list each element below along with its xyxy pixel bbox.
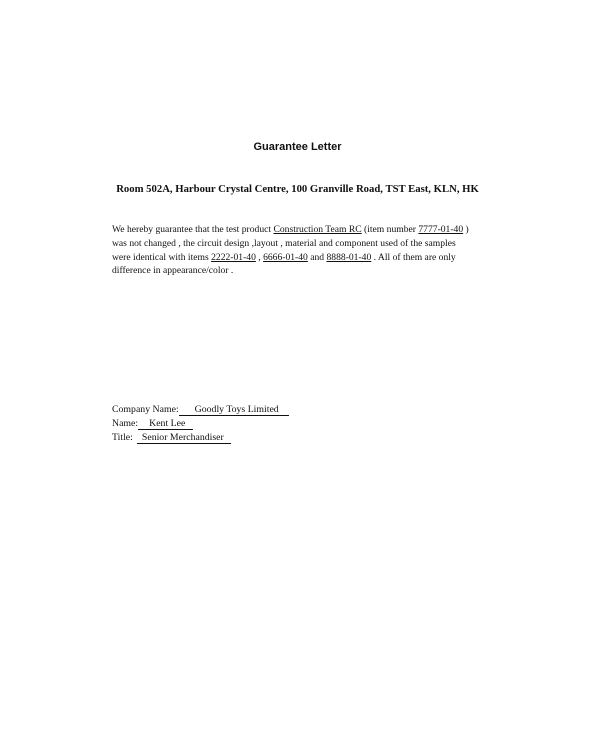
text-segment: were identical with items	[112, 252, 211, 263]
paragraph-line-3: were identical with items 2222-01-40 , 6…	[112, 251, 492, 265]
text-segment: ,	[256, 252, 263, 263]
text-segment: (item number	[362, 224, 419, 235]
paragraph-line-2: was not changed , the circuit design ,la…	[112, 237, 492, 251]
company-row: Company Name:Goodly Toys Limited	[112, 403, 289, 417]
address-line: Room 502A, Harbour Crystal Centre, 100 G…	[0, 182, 595, 196]
guarantee-paragraph: We hereby guarantee that the test produc…	[112, 223, 492, 278]
paragraph-line-1: We hereby guarantee that the test produc…	[112, 223, 492, 237]
title-label: Title:	[112, 432, 133, 443]
identical-item-2: 6666-01-40	[263, 252, 308, 263]
identical-item-3: 8888-01-40	[327, 252, 372, 263]
identical-item-1: 2222-01-40	[211, 252, 256, 263]
text-segment: and	[308, 252, 327, 263]
product-name: Construction Team RC	[273, 224, 361, 235]
name-label: Name:	[112, 418, 138, 429]
item-number: 7777-01-40	[418, 224, 463, 235]
letter-title: Guarantee Letter	[0, 140, 595, 154]
company-label: Company Name:	[112, 404, 179, 415]
name-row: Name:Kent Lee	[112, 417, 289, 431]
paragraph-line-4: difference in appearance/color .	[112, 264, 492, 278]
text-segment: . All of them are only	[371, 252, 455, 263]
text-segment: We hereby guarantee that the test produc…	[112, 224, 273, 235]
company-value: Goodly Toys Limited	[179, 404, 289, 416]
text-segment: )	[463, 224, 469, 235]
title-row: Title:Senior Merchandiser	[112, 431, 289, 445]
title-value: Senior Merchandiser	[137, 432, 231, 444]
signature-block: Company Name:Goodly Toys Limited Name:Ke…	[112, 403, 289, 445]
name-value: Kent Lee	[138, 418, 193, 430]
